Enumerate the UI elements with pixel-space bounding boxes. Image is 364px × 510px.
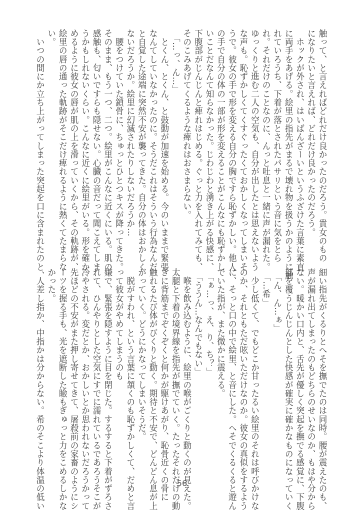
text-line: がっていく。どうにかなってしまいそうだ。	[136, 268, 147, 468]
text-line: そのこみあげてくるような痺れはおさまらない。	[181, 29, 192, 249]
text-line: って彼女がやめてしまうのも	[113, 268, 124, 468]
text-line: れ。それだけのことなのに、んっと吐息と一緒に声が漏れた。	[260, 29, 271, 249]
text-line: に、そっと口の中で絵里、と音にした。へそでくるくると遊ん	[226, 268, 237, 468]
text-line: いつの間にか立ち上がってしまった突起を口に含まれたのと、	[34, 29, 45, 249]
text-line: に両手をあげる。絵里の指先がまるで壊れ物を扱うかのように触	[283, 29, 294, 249]
text-line: 「ぁ…っ、え、り、ち？」	[204, 268, 215, 468]
text-line: 細い指先がくるりとへそを撫でたのは同時。腰が震えたのも、	[317, 268, 328, 468]
text-line: ホックが外され、はいばんざーいというふざけた言葉に素直	[294, 29, 305, 249]
text-line: 先ほどの不安がまた押し寄せてきて、屠殺前の家畜のようにシ	[68, 268, 79, 468]
text-line: い。	[46, 29, 57, 249]
text-line: ないだろうか。絵里に幻滅されたりしないだろうか…	[125, 29, 136, 249]
text-line: 感触も、匂いですらも隠せない。心臓の音だって聞こえてしま	[91, 29, 102, 249]
text-line: れて、ひんやりとした空気にすでに濡れているであろうそこが	[91, 268, 102, 468]
text-line: いことだなんて知らなかった。じわじわと湧き上がる快感に、	[204, 29, 215, 249]
text-line: かった。	[46, 268, 57, 468]
text-line: うかもしれないくらい。こんなに近くに絵里がいる。形を確か	[79, 29, 90, 249]
page-number: 56	[0, 479, 364, 488]
text-line: 声が漏れ出てしまったのもどちらのせいなのか、もはや分から	[305, 268, 316, 468]
text-line: 喉を飲み込むように、絵里の喉がごくりと動くのが見えた。	[181, 268, 192, 468]
text-line: 腰をつけていた鎖骨に、ちゅっとひとつキスが降ってきた。	[113, 29, 124, 249]
text-line: 「ううん…なんでもない」	[192, 268, 203, 468]
text-line: 太腿と下着の境界線を指先が撫でていく。たったそれだけの動	[170, 268, 181, 468]
text-line: そのまま、もう一つ、二つ。絵里がこんなに近くにいる。肌の	[102, 29, 113, 249]
book-page: 触って、と言えればどれだけ良かったのだろう。貴女のものになりたいと言えれば、どれ…	[0, 0, 364, 510]
text-line: ない。暖かい口内と、舌先が優しく突起を撫でる感覚に、下腹	[294, 268, 305, 468]
text-block-bottom: 細い指先がくるりとへそを撫でたのは同時。腰が震えたのも、声が漏れ出てしまったのも…	[33, 268, 328, 468]
text-line: でいた指が、また微かに震える。	[215, 268, 226, 468]
text-line: の手で自分の体の一部が形を変えることがこんなにも恥ずかし	[215, 29, 226, 249]
text-line: めるように彼女の唇が肌の上を滑っていくから、その軌跡が、	[68, 29, 79, 249]
text-line: になりたいと言えれば、どれだけ良かったのだろう。	[305, 29, 316, 249]
text-line: 人差し指か、中指かは分からない。希のそこより体温の低い	[34, 268, 45, 468]
text-line: 「…希」	[260, 268, 271, 468]
text-line: 脱がすわれ、という言葉に頷くのも恥ずかしくて、だめと言	[125, 268, 136, 468]
text-line: うで。彼女の手で形を変える自分の胸ですら恥ずかしい。他人	[226, 29, 237, 249]
text-line: 「…っ、ん…」	[170, 29, 181, 249]
text-line: 絵里の唇の通った軌跡がそこだけ痺れるように熱くてたまらな	[57, 29, 68, 249]
text-line: とくん、とくん、と鼓動が加速を始める。今のいままで緊張	[159, 29, 170, 249]
text-line: 部を覆うじんじんとした快感が確実に確かなものになっていく。	[283, 268, 294, 468]
text-line: 少し低くて、でもどこか甘ったるい絵里のそれは呼びかけな	[249, 268, 260, 468]
text-line: 触って、と言えればどれだけ良かったのだろう。貴女のもの	[317, 29, 328, 249]
text-line: れていろうち、下着が落とされたパサリという音に気をとら	[272, 29, 283, 249]
text-line: 冷やされる。変だとか、おかしいとか思われないだろうかって、	[79, 268, 90, 468]
text-line: 「ん、ん…ぁ」	[272, 268, 283, 468]
text-line: ゆっくりと進む二人の空気も、自分が出したとは思えないよう	[249, 29, 260, 249]
text-line: きに背筋までぞくぞくと何かが駆けあがり、恥骨近くの骨に	[159, 268, 170, 468]
text-line: なんてしていなかったのに。そうだこれはそういう行為なんだ	[147, 29, 158, 249]
text-line: のか、それともただ呟いただけなのか。彼女の真似をするよう	[238, 268, 249, 468]
text-line: な声も。恥ずかしくてくすぐったくておかしくなってしまいそ	[238, 29, 249, 249]
text-line: 嫌で、緊張を隠すように目を閉じた。するすると下着がずろさ	[102, 268, 113, 468]
text-block-top: 触って、と言えればどれだけ良かったのだろう。貴女のものになりたいと言えれば、どれ…	[33, 29, 328, 249]
text-line: 触れるたび体がびくりと動く。期待と不安で、どんどん息が上	[147, 268, 158, 468]
text-line: ーツを握る手も、光を遮断した瞼もぎゅっと力をこめるしかな	[57, 268, 68, 468]
text-line: と自覚した途端に突然不安が襲ってきた。自分の体はおかしく	[136, 29, 147, 249]
text-line: 下腹部がじんじんと痺れはじめる。ぐっと力を入れてみても、	[192, 29, 203, 249]
